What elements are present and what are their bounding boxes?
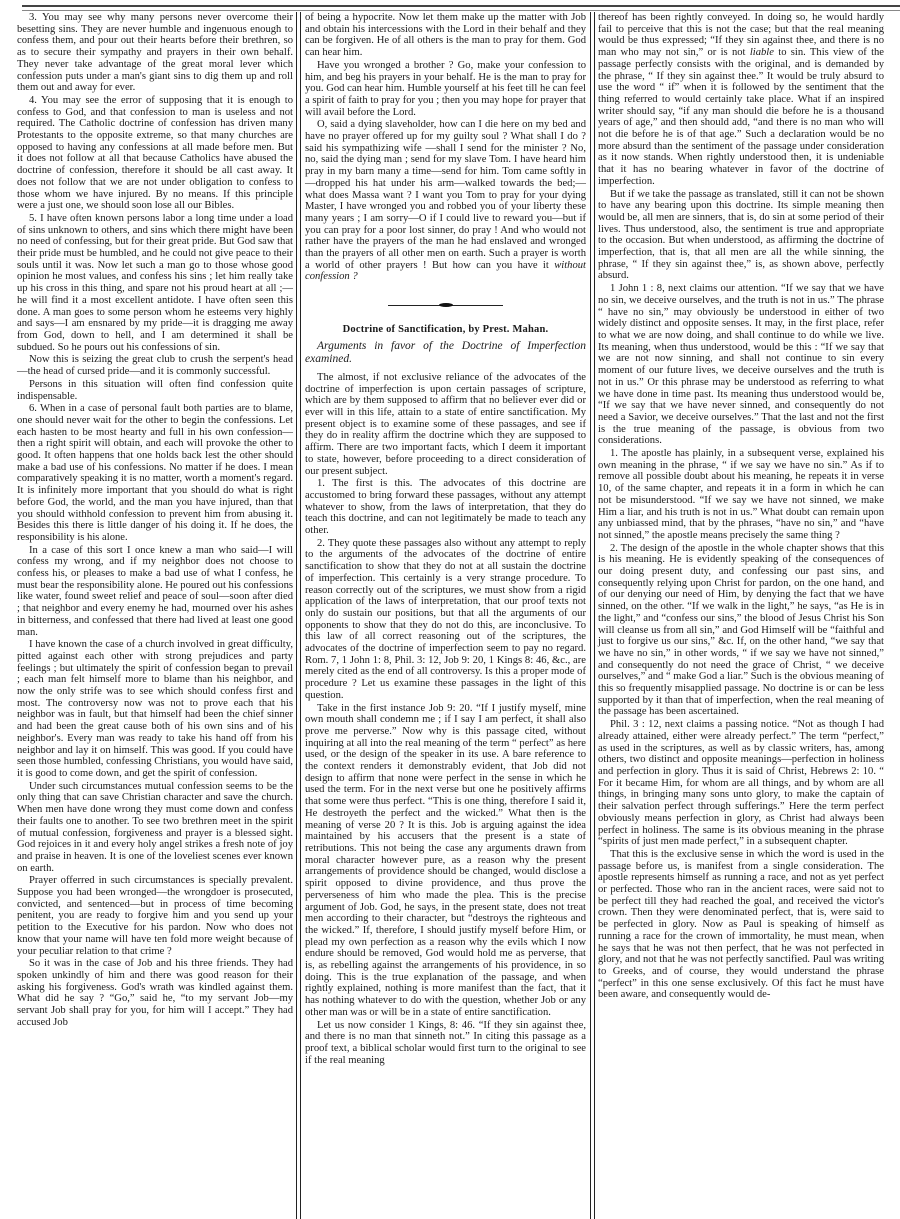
paragraph: But if we take the passage as translated… xyxy=(598,189,884,283)
paragraph: of being a hypocrite. Now let them make … xyxy=(305,12,586,59)
paragraph: 1 John 1 : 8, next claims our attention.… xyxy=(598,283,884,447)
paragraph: Phil. 3 : 12, next claims a passing noti… xyxy=(598,719,884,848)
paragraph: Take in the first instance Job 9: 20. “I… xyxy=(305,703,586,1019)
article-subheading: Arguments in favor of the Doctrine of Im… xyxy=(305,340,586,366)
italic-word: liable xyxy=(750,47,774,58)
paragraph: 1. The apostle has plainly, in a subsequ… xyxy=(598,448,884,542)
paragraph: Persons in this situation will often fin… xyxy=(17,379,293,402)
paragraph: Have you wronged a brother ? Go, make yo… xyxy=(305,60,586,119)
paragraph: Under such circumstances mutual confessi… xyxy=(17,781,293,875)
paragraph: Now this is seizing the great club to cr… xyxy=(17,354,293,377)
paragraph: 2. The design of the apostle in the whol… xyxy=(598,543,884,719)
paragraph: Prayer offerred in such circumstances is… xyxy=(17,875,293,957)
paragraph: 4. You may see the error of supposing th… xyxy=(17,95,293,212)
paragraph: 5. I have often known persons labor a lo… xyxy=(17,213,293,353)
paragraph: So it was in the case of Job and his thr… xyxy=(17,958,293,1028)
paragraph: 3. You may see why many persons never ov… xyxy=(17,12,293,94)
paragraph: 2. They quote these passages also withou… xyxy=(305,538,586,702)
column-1: 3. You may see why many persons never ov… xyxy=(17,12,293,1219)
top-rule xyxy=(22,5,900,11)
newspaper-page: 3. You may see why many persons never ov… xyxy=(0,12,900,1219)
paragraph-text: O, said a dying slaveholder, how can I d… xyxy=(305,119,586,270)
paragraph: In a case of this sort I once knew a man… xyxy=(17,545,293,639)
paragraph-text: to sin. This view of the passage perfect… xyxy=(598,47,884,187)
paragraph: thereof has been rightly conveyed. In do… xyxy=(598,12,884,188)
article-headline: Doctrine of Sanctification, by Prest. Ma… xyxy=(305,324,586,336)
section-divider-ornament xyxy=(388,305,503,306)
column-2: of being a hypocrite. Now let them make … xyxy=(305,12,586,1219)
paragraph: That this is the exclusive sense in whic… xyxy=(598,849,884,1001)
paragraph: 1. The first is this. The advocates of t… xyxy=(305,478,586,537)
column-divider xyxy=(296,12,301,1219)
column-divider xyxy=(590,12,595,1219)
paragraph: Let us now consider 1 Kings, 8: 46. “If … xyxy=(305,1020,586,1067)
column-3: thereof has been rightly conveyed. In do… xyxy=(598,12,884,1219)
paragraph: The almost, if not exclusive reliance of… xyxy=(305,372,586,477)
paragraph: I have known the case of a church involv… xyxy=(17,639,293,779)
paragraph: 6. When in a case of personal fault both… xyxy=(17,403,293,543)
paragraph: O, said a dying slaveholder, how can I d… xyxy=(305,119,586,283)
